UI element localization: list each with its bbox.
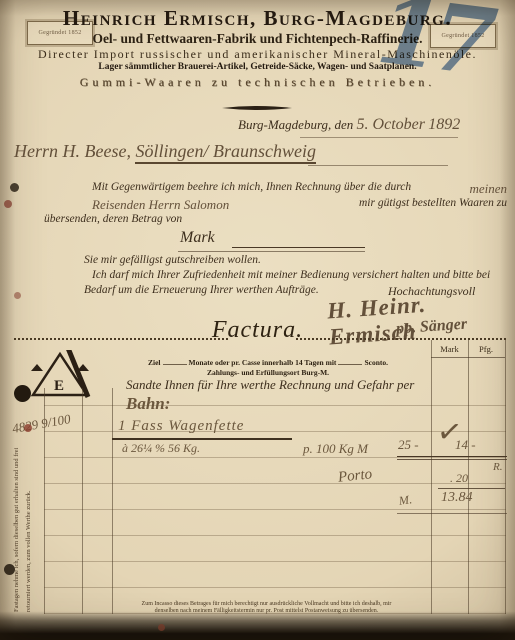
item-description: 1 Fass Wagenfette: [118, 418, 244, 435]
total-value: 13.84: [441, 490, 473, 506]
total-underline: [397, 513, 507, 514]
mark-label: Mark: [180, 229, 215, 247]
margin-note-line-1: Fastagen nehme ich, sofern dieselben gut…: [13, 448, 20, 612]
terms-blank-1: [163, 358, 187, 365]
shipping-line: Sandte Ihnen für Ihre werthe Rechnung un…: [126, 377, 414, 393]
porto-label: Porto: [337, 466, 373, 486]
body-line-3: übersenden, deren Betrag von: [44, 213, 182, 225]
ink-spot: [10, 183, 19, 192]
amount-mark-value: 14 -: [455, 437, 476, 453]
blue-pencil-number: 17: [372, 0, 492, 96]
flourish-shape: [222, 105, 292, 111]
terms-blank-2: [338, 358, 362, 365]
body-hand-1: meinen: [469, 181, 507, 197]
body-printed-1: Mit Gegenwärtigem beehre ich mich, Ihnen…: [92, 181, 411, 197]
table-vline-mark: [431, 340, 432, 614]
dateline-year: 1892: [428, 116, 460, 133]
mark-fill-line-2: [178, 251, 365, 252]
divider-flourish: [222, 98, 292, 116]
item-detail: à 26¼ % 56 Kg.: [122, 441, 200, 456]
trademark-letter: E: [54, 378, 64, 394]
rate-value: 25 -: [398, 437, 419, 453]
column-header-mark: Mark: [431, 344, 468, 354]
porto-underline: [438, 488, 505, 489]
body-line-5: Ich darf mich Ihrer Zufriedenheit mit me…: [92, 269, 507, 281]
item-description-underline: [112, 438, 292, 440]
margin-note-line-2: retourniert werden, zum vollen Werthe zu…: [25, 490, 32, 612]
dateline: Burg-Magdeburg, den 5. October 1892: [238, 116, 460, 134]
terms-text: Monate oder pr. Casse innerhalb 14 Tagen…: [189, 358, 337, 367]
hole-punch: [14, 385, 31, 402]
rate-label: p. 100 Kg M: [303, 441, 368, 457]
hole-punch: [4, 564, 15, 575]
addressee-line: Herrn H. Beese, Söllingen/ Braunschweig: [14, 141, 316, 162]
title-dotted-rule-right: [296, 338, 506, 340]
terms-ziel: Ziel: [148, 358, 161, 367]
amount-double-rule-2: [397, 459, 507, 460]
amount-double-rule-1: [397, 456, 507, 457]
dateline-handwritten-date: 5. October: [357, 116, 425, 133]
mark-fill-line: [232, 247, 365, 248]
column-header-pfennig: Pfg.: [468, 344, 504, 354]
total-currency-prefix: M.: [398, 492, 413, 509]
body-line-6: Bedarf um die Erneuerung Ihrer werthen A…: [84, 284, 319, 296]
payment-terms-line-2: Zahlungs- und Erfüllungsort Burg-M.: [118, 368, 418, 377]
table-vline-2: [82, 388, 83, 614]
title-dotted-rule-left: [14, 338, 228, 340]
wax-spot: [158, 624, 165, 631]
porto-value: . 20: [450, 471, 468, 486]
footnote-line-2: denselben nach meinem Fälligkeitstermin …: [58, 608, 475, 615]
scanned-invoice-document: Gegründet 1852 Gegründet 1852 Heinrich E…: [0, 0, 515, 640]
receipt-mark: R.: [493, 461, 502, 473]
table-vline-3: [112, 388, 113, 614]
wax-spot: [24, 424, 32, 432]
body-hand-2: Reisenden Herrn Salomon: [92, 197, 229, 213]
addressee-underline: [308, 165, 448, 166]
body-line-2: Reisenden Herrn Salomon mir gütigst best…: [92, 197, 507, 213]
footnote-line-1: Zum Incasso dieses Betrages für mich ber…: [58, 601, 475, 608]
body-printed-2: mir gütigst bestellten Waaren zu: [359, 197, 507, 213]
collection-footnote: Zum Incasso dieses Betrages für mich ber…: [58, 601, 475, 615]
wax-spot: [14, 292, 21, 299]
table-vline-pfennig: [468, 340, 469, 614]
terms-sconto: Sconto.: [364, 358, 388, 367]
payment-terms-line-1: ZielMonate oder pr. Casse innerhalb 14 T…: [118, 358, 418, 367]
addressee-place: Söllingen/ Braunschweig: [135, 141, 315, 164]
date-underline: [300, 137, 458, 138]
table-vline-right-edge: [505, 340, 506, 614]
wax-spot: [4, 200, 12, 208]
dateline-printed: Burg-Magdeburg, den: [238, 117, 353, 132]
body-line-4: Sie mir gefälligst gutschreiben wollen.: [84, 254, 261, 266]
body-line-1: Mit Gegenwärtigem beehre ich mich, Ihnen…: [92, 181, 507, 197]
addressee-name: Herrn H. Beese,: [14, 141, 131, 161]
